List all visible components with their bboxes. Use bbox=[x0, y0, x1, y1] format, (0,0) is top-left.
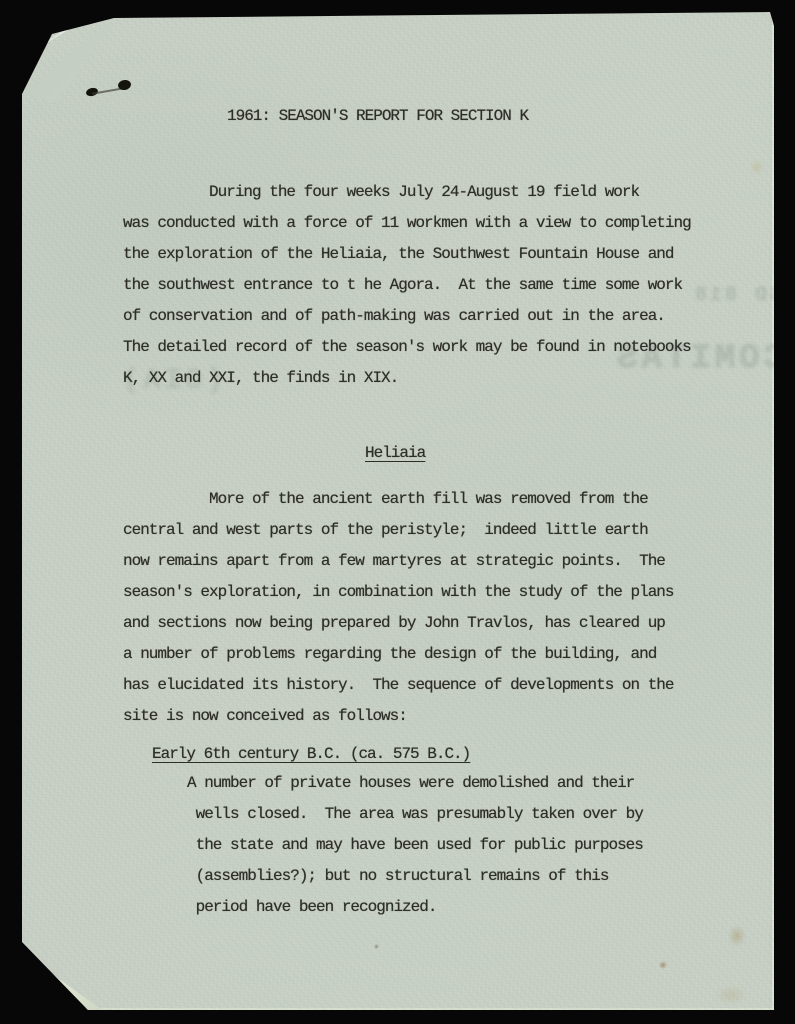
text-line: site is now conceived as follows: bbox=[123, 701, 674, 732]
photo-background: SD 818 COMITAS (OIA) 1961: SEASON'S REPO… bbox=[0, 0, 795, 1024]
text-line: K, XX and XXI, the finds in XIX. bbox=[123, 363, 691, 394]
text-line: period have been recognized. bbox=[187, 892, 643, 923]
paper-stain bbox=[716, 986, 746, 1004]
text-line: During the four weeks July 24-August 19 … bbox=[123, 177, 691, 208]
text-line: the state and may have been used for pub… bbox=[187, 830, 643, 861]
text-line: has elucidated its history. The sequence… bbox=[123, 670, 674, 701]
paper-stain bbox=[374, 944, 379, 949]
text-line: the exploration of the Heliaia, the Sout… bbox=[123, 239, 691, 270]
paper-stain bbox=[728, 925, 746, 947]
text-line: and sections now being prepared by John … bbox=[123, 608, 674, 639]
text-line: was conducted with a force of 11 workmen… bbox=[123, 208, 691, 239]
text-line: wells closed. The area was presumably ta… bbox=[187, 799, 643, 830]
text-line: More of the ancient earth fill was remov… bbox=[123, 484, 674, 515]
section-heading-heliaia: Heliaia bbox=[365, 438, 425, 469]
staple-holes bbox=[84, 76, 134, 102]
folded-corner-bottom-left bbox=[22, 946, 106, 1010]
text-line: of conservation and of path-making was c… bbox=[123, 301, 691, 332]
document-title: 1961: SEASON'S REPORT FOR SECTION K bbox=[227, 101, 528, 132]
text-line: the southwest entrance to t he Agora. At… bbox=[123, 270, 691, 301]
paper-stain bbox=[751, 160, 763, 174]
early-6th-century-paragraph: A number of private houses were demolish… bbox=[187, 768, 643, 923]
text-line: (assemblies?); but no structural remains… bbox=[187, 861, 643, 892]
paper-stain bbox=[659, 961, 667, 969]
subsection-heading-early-6th-century: Early 6th century B.C. (ca. 575 B.C.) bbox=[152, 739, 470, 770]
fold-crease-line bbox=[25, 0, 124, 56]
staple-hole-icon bbox=[117, 79, 132, 91]
text-line: season's exploration, in combination wit… bbox=[123, 577, 674, 608]
text-line: A number of private houses were demolish… bbox=[187, 768, 643, 799]
document-page: SD 818 COMITAS (OIA) 1961: SEASON'S REPO… bbox=[22, 12, 774, 1010]
text-line: central and west parts of the peristyle;… bbox=[123, 515, 674, 546]
heliaia-paragraph: More of the ancient earth fill was remov… bbox=[123, 484, 674, 732]
intro-paragraph: During the four weeks July 24-August 19 … bbox=[123, 177, 691, 394]
text-line: a number of problems regarding the desig… bbox=[123, 639, 674, 670]
text-line: now remains apart from a few martyres at… bbox=[123, 546, 674, 577]
text-line: The detailed record of the season's work… bbox=[123, 332, 691, 363]
